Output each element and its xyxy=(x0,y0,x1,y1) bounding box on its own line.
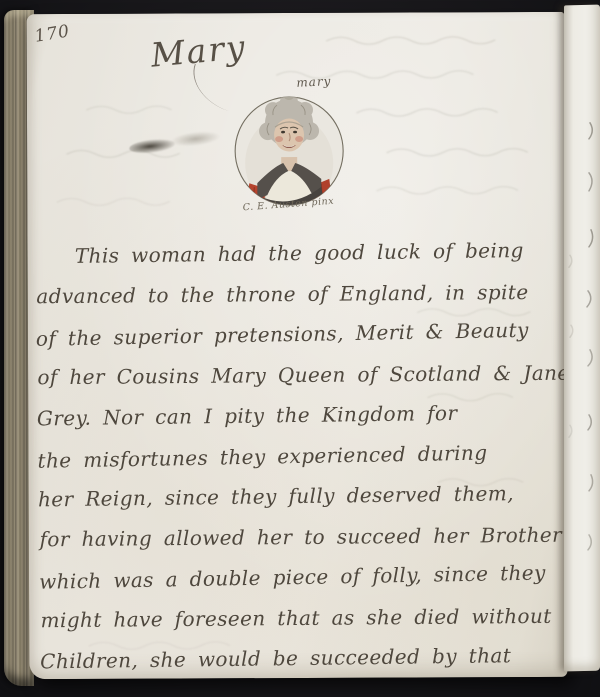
portrait-face xyxy=(274,118,304,151)
manuscript-page: 170 Mary mary xyxy=(27,12,568,679)
facing-page-ink-marks xyxy=(564,5,600,672)
text-line: for having allowed her to succeed her Br… xyxy=(39,514,563,559)
text-line: which was a double piece of folly, since… xyxy=(39,552,564,602)
text-line: of her Cousins Mary Queen of Scotland & … xyxy=(37,352,561,397)
photograph-backdrop: 170 Mary mary xyxy=(0,0,600,697)
manuscript-body: This woman had the good luck of being ad… xyxy=(35,230,565,682)
text-line: This woman had the good luck of being xyxy=(35,230,559,277)
text-line: advanced to the throne of England, in sp… xyxy=(36,271,560,316)
text-line: of the superior pretensions, Merit & Bea… xyxy=(36,309,561,359)
facing-page-edge xyxy=(564,5,600,672)
text-line: might have foreseen that as she died wit… xyxy=(40,595,564,640)
text-line: Children, she would be succeeded by that xyxy=(40,635,564,682)
